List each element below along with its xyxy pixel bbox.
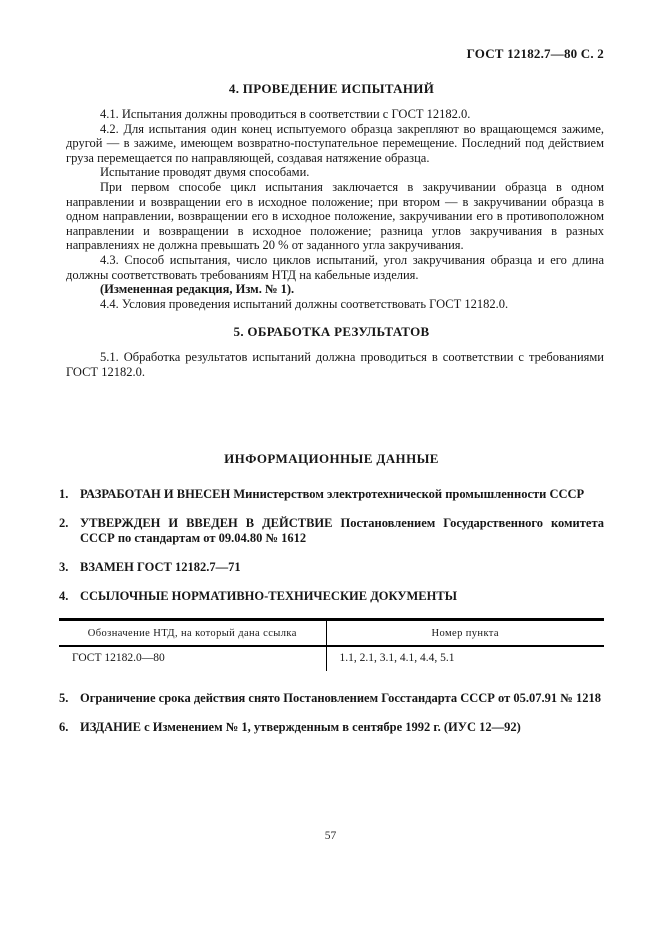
page-number: 57 xyxy=(0,830,661,842)
paragraph-4-2: 4.2. Для испытания один конец испытуемог… xyxy=(66,122,604,166)
table-row: ГОСТ 12182.0—80 1.1, 2.1, 3.1, 4.1, 4.4,… xyxy=(59,646,604,671)
reference-table: Обозначение НТД, на который дана ссылка … xyxy=(59,618,604,671)
table-cell-clause: 1.1, 2.1, 3.1, 4.1, 4.4, 5.1 xyxy=(326,646,604,671)
info-data-title: ИНФОРМАЦИОННЫЕ ДАННЫЕ xyxy=(59,451,604,467)
info-item-number: 1. xyxy=(59,487,80,502)
table-header-row: Обозначение НТД, на который дана ссылка … xyxy=(59,619,604,646)
info-item-replaces: 3. ВЗАМЕН ГОСТ 12182.7—71 xyxy=(59,560,604,575)
paragraph-two-methods: Испытание проводят двумя способами. xyxy=(66,165,604,180)
info-item-approved: 2. УТВЕРЖДЕН И ВВЕДЕН В ДЕЙСТВИЕ Постано… xyxy=(59,516,604,546)
section-results-processing: 5. ОБРАБОТКА РЕЗУЛЬТАТОВ 5.1. Обработка … xyxy=(59,324,604,379)
info-item-number: 2. xyxy=(59,516,80,546)
document-page: ГОСТ 12182.7—80 С. 2 4. ПРОВЕДЕНИЕ ИСПЫТ… xyxy=(0,0,661,936)
reference-table-body: ГОСТ 12182.0—80 1.1, 2.1, 3.1, 4.1, 4.4,… xyxy=(59,646,604,671)
doc-header: ГОСТ 12182.7—80 С. 2 xyxy=(59,46,604,62)
info-item-developed: 1. РАЗРАБОТАН И ВНЕСЕН Министерством эле… xyxy=(59,487,604,502)
section-test-procedure: 4. ПРОВЕДЕНИЕ ИСПЫТАНИЙ 4.1. Испытания д… xyxy=(59,81,604,311)
info-item-edition: 6. ИЗДАНИЕ с Изменением № 1, утвержденны… xyxy=(59,720,604,735)
info-item-text: ССЫЛОЧНЫЕ НОРМАТИВНО-ТЕХНИЧЕСКИЕ ДОКУМЕН… xyxy=(80,589,604,604)
info-item-number: 4. xyxy=(59,589,80,604)
reference-table-header: Обозначение НТД, на который дана ссылка … xyxy=(59,619,604,646)
paragraph-method-description: При первом способе цикл испытания заключ… xyxy=(66,180,604,253)
info-item-validity: 5. Ограничение срока действия снято Пост… xyxy=(59,691,604,706)
info-item-text: УТВЕРЖДЕН И ВВЕДЕН В ДЕЙСТВИЕ Постановле… xyxy=(80,516,604,546)
paragraph-4-4: 4.4. Условия проведения испытаний должны… xyxy=(66,297,604,312)
paragraph-amended-note: (Измененная редакция, Изм. № 1). xyxy=(66,282,604,297)
table-header-ntd: Обозначение НТД, на который дана ссылка xyxy=(59,619,326,646)
info-item-text: ИЗДАНИЕ с Изменением № 1, утвержденным в… xyxy=(80,720,604,735)
paragraph-4-1: 4.1. Испытания должны проводиться в соот… xyxy=(66,107,604,122)
info-item-reference-docs: 4. ССЫЛОЧНЫЕ НОРМАТИВНО-ТЕХНИЧЕСКИЕ ДОКУ… xyxy=(59,589,604,604)
paragraph-4-3: 4.3. Способ испытания, число циклов испы… xyxy=(66,253,604,282)
paragraph-5-1: 5.1. Обработка результатов испытаний дол… xyxy=(66,350,604,379)
table-header-clause: Номер пункта xyxy=(326,619,604,646)
info-item-number: 5. xyxy=(59,691,80,706)
info-item-text: Ограничение срока действия снято Постано… xyxy=(80,691,604,706)
section-5-title: 5. ОБРАБОТКА РЕЗУЛЬТАТОВ xyxy=(59,324,604,340)
info-item-number: 3. xyxy=(59,560,80,575)
info-item-text: ВЗАМЕН ГОСТ 12182.7—71 xyxy=(80,560,604,575)
table-cell-ntd: ГОСТ 12182.0—80 xyxy=(59,646,326,671)
info-item-number: 6. xyxy=(59,720,80,735)
section-4-title: 4. ПРОВЕДЕНИЕ ИСПЫТАНИЙ xyxy=(59,81,604,97)
info-item-text: РАЗРАБОТАН И ВНЕСЕН Министерством электр… xyxy=(80,487,604,502)
